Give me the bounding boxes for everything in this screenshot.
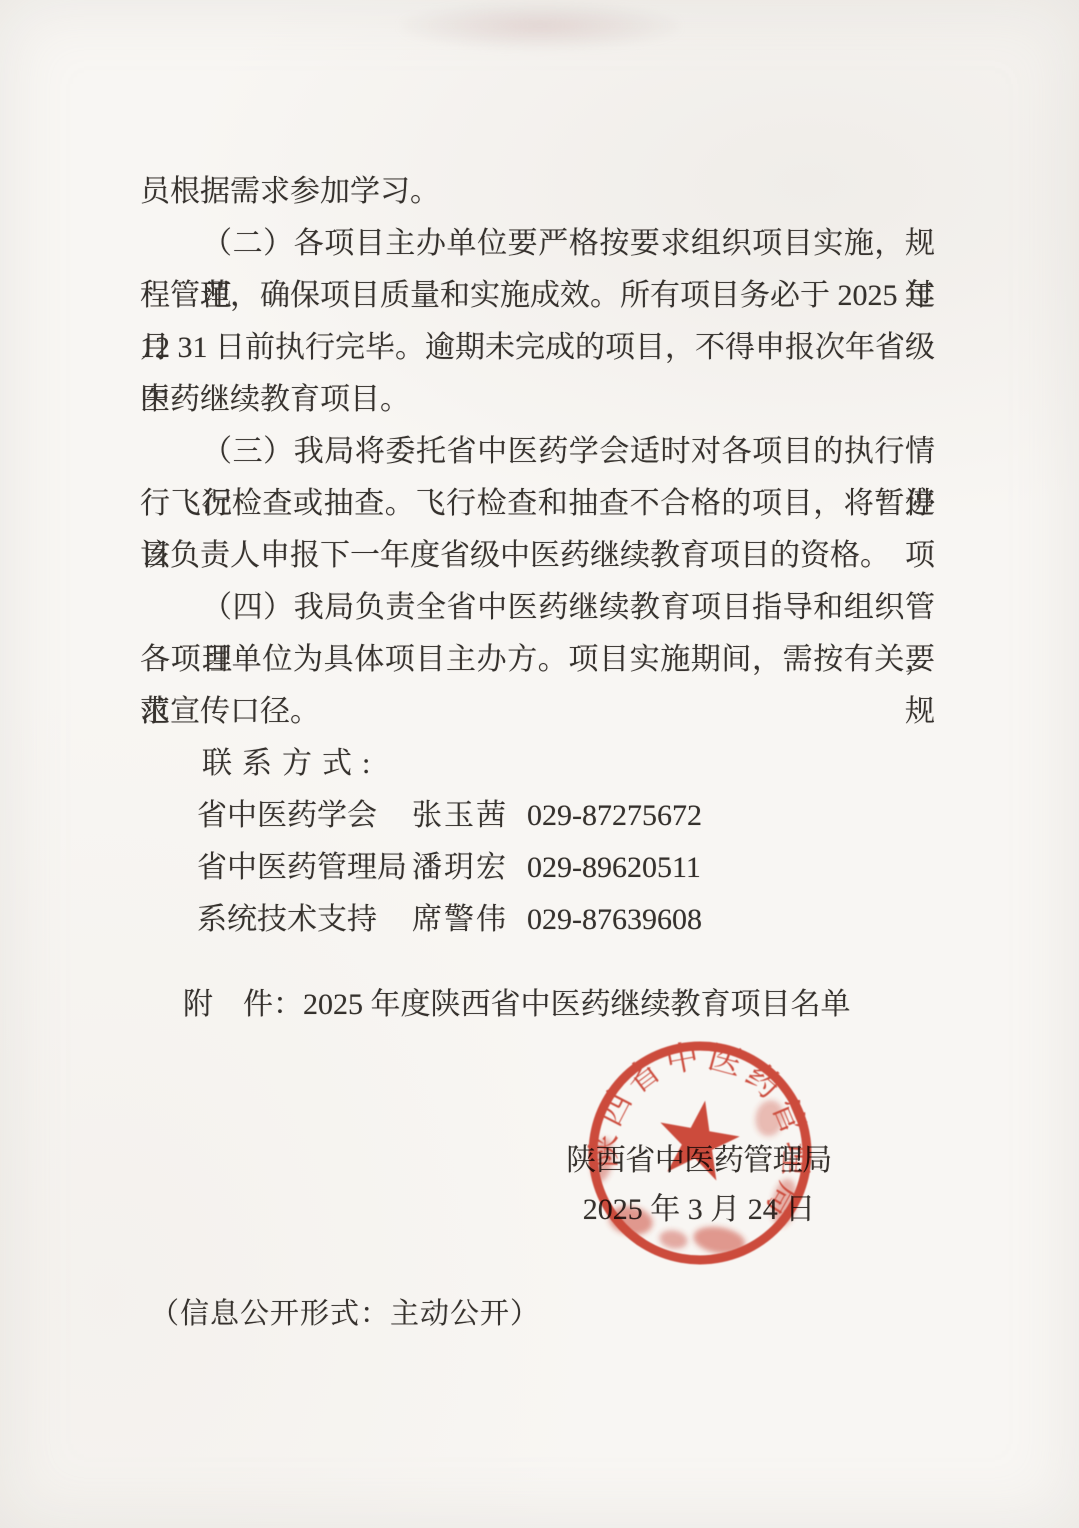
body-text-line: 员根据需求参加学习。 (140, 166, 935, 218)
attachment-line: 附 件：2025 年度陕西省中医药继续教育项目名单 (183, 988, 851, 1022)
body-text-line: （四）我局负责全省中医药继续教育项目指导和组织管理， (140, 582, 935, 634)
document-body: 员根据需求参加学习。 （二）各项目主办单位要严格按要求组织项目实施，规范过 程管… (140, 166, 935, 946)
body-text-line: （三）我局将委托省中医药学会适时对各项目的执行情况进 (140, 426, 935, 478)
contact-phone: 029-87639608 (527, 894, 935, 946)
scan-bleed-smudge (400, 2, 680, 50)
contact-row: 省中医药管理局 潘玥宏 029-89620511 (140, 842, 935, 894)
contact-organization: 省中医药学会 (197, 790, 412, 842)
official-seal: 陕西省中医药管理局 (583, 1036, 817, 1270)
contact-person: 潘玥宏 (412, 842, 527, 894)
body-paragraph-lines: 员根据需求参加学习。 （二）各项目主办单位要严格按要求组织项目实施，规范过 程管… (140, 166, 935, 790)
scanned-document-page: 员根据需求参加学习。 （二）各项目主办单位要严格按要求组织项目实施，规范过 程管… (0, 0, 1079, 1528)
contact-row: 省中医药学会 张玉茜 029-87275672 (140, 790, 935, 842)
contact-phone: 029-89620511 (527, 842, 935, 894)
contact-row: 系统技术支持 席警伟 029-87639608 (140, 894, 935, 946)
contact-person: 席警伟 (412, 894, 527, 946)
disclosure-footer: （信息公开形式：主动公开） (150, 1296, 540, 1332)
body-text-line: 联系方式: (140, 738, 935, 790)
contact-list: 省中医药学会 张玉茜 029-87275672 省中医药管理局 潘玥宏 029-… (140, 790, 935, 946)
body-text-line: 医药继续教育项目。 (140, 374, 935, 426)
contact-phone: 029-87275672 (527, 790, 935, 842)
seal-star (652, 1094, 745, 1183)
body-text-line: （二）各项目主办单位要严格按要求组织项目实施，规范过 (140, 218, 935, 270)
body-text-line: 各项目单位为具体项目主办方。项目实施期间，需按有关要求规 (140, 634, 935, 686)
contact-organization: 系统技术支持 (197, 894, 412, 946)
body-text-line: 程管理，确保项目质量和实施成效。所有项目务必于 2025 年 12 (140, 270, 935, 322)
body-text-line: 行飞行检查或抽查。飞行检查和抽查不合格的项目，将暂停该项 (140, 478, 935, 530)
body-text-line: 目负责人申报下一年度省级中医药继续教育项目的资格。 (140, 530, 935, 582)
body-text-line: 月 31 日前执行完毕。逾期未完成的项目，不得申报次年省级中 (140, 322, 935, 374)
contact-organization: 省中医药管理局 (197, 842, 412, 894)
contact-person: 张玉茜 (412, 790, 527, 842)
